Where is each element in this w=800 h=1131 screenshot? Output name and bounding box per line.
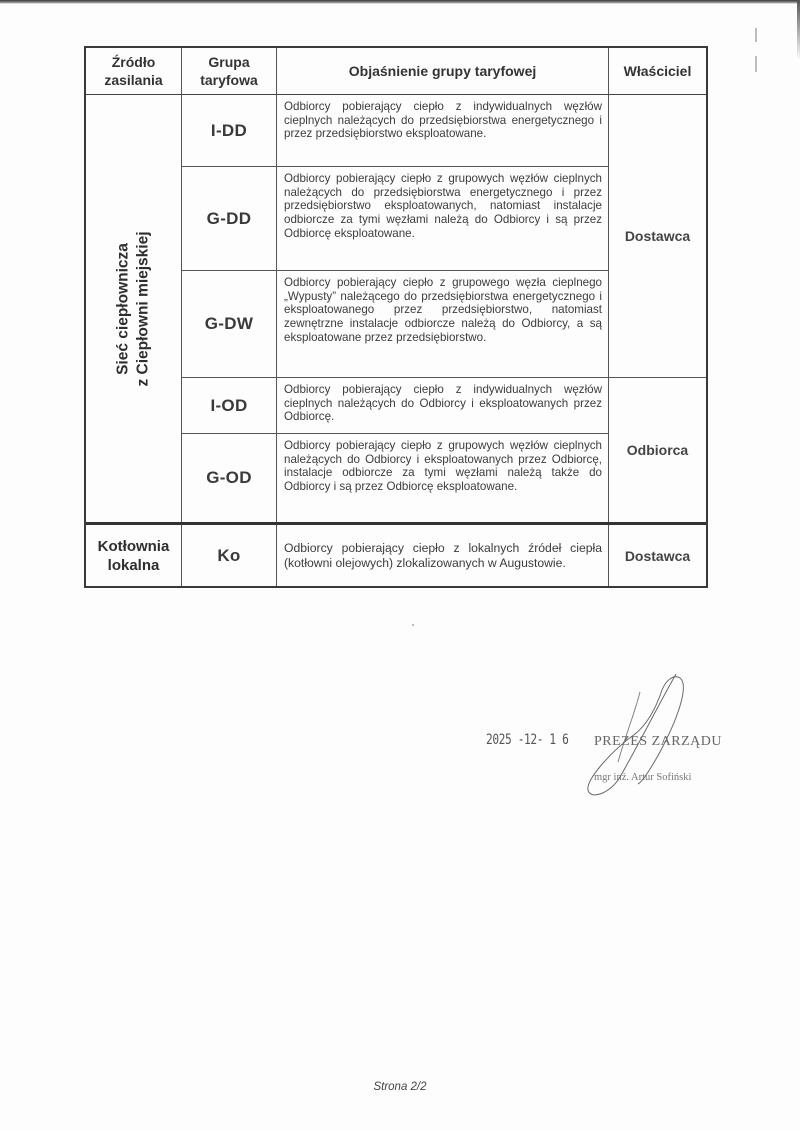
header-group-line1: Grupa xyxy=(208,53,249,71)
source-cell-district-heating: Sieć ciepłownicza z Ciepłowni miejskiej xyxy=(86,95,182,523)
group-description: Odbiorcy pobierający ciepło z indywidual… xyxy=(277,95,608,166)
description-text: Odbiorcy pobierający ciepło z grupowego … xyxy=(284,276,602,345)
group-description: Odbiorcy pobierający ciepło z grupowych … xyxy=(277,167,608,270)
group-code: G-DD xyxy=(182,167,276,270)
group-code: Ko xyxy=(182,525,276,586)
group-description: Odbiorcy pobierający ciepło z lokalnych … xyxy=(277,525,608,586)
source-line2: z Ciepłowni miejskiej xyxy=(134,231,154,386)
source-cell-local-boiler: Kotłownia lokalna xyxy=(86,525,181,586)
signature-date: 2025 -12- 1 6 xyxy=(486,732,568,748)
handwritten-signature-icon xyxy=(580,672,710,802)
group-code: G-OD xyxy=(182,434,276,522)
group-code: I-DD xyxy=(182,95,276,166)
source-line1: Kotłownia xyxy=(98,537,170,556)
description-text: Odbiorcy pobierający ciepło z indywidual… xyxy=(284,383,602,424)
description-text: Odbiorcy pobierający ciepło z indywidual… xyxy=(284,100,602,141)
source-line2: lokalna xyxy=(108,556,160,575)
owner-cell: Odbiorca xyxy=(609,378,706,522)
tariff-groups-table: Źródło zasilania Grupa taryfowa Objaśnie… xyxy=(84,46,708,588)
margin-mark xyxy=(755,28,757,42)
owner-cell: Dostawca xyxy=(609,95,706,377)
scan-speck xyxy=(412,624,414,626)
description-text: Odbiorcy pobierający ciepło z grupowych … xyxy=(284,172,602,241)
scan-edge-top xyxy=(0,0,800,4)
group-code: G-DW xyxy=(182,271,276,377)
group-code: I-OD xyxy=(182,378,276,433)
header-group: Grupa taryfowa xyxy=(182,48,276,94)
group-description: Odbiorcy pobierający ciepło z grupowego … xyxy=(277,271,608,377)
header-source-line2: zasilania xyxy=(104,71,162,89)
description-text: Odbiorcy pobierający ciepło z lokalnych … xyxy=(284,541,602,571)
owner-cell: Dostawca xyxy=(609,525,706,586)
margin-mark xyxy=(755,56,757,72)
page-number: Strona 2/2 xyxy=(0,1081,800,1093)
header-source: Źródło zasilania xyxy=(86,48,181,94)
header-source-line1: Źródło xyxy=(112,53,156,71)
header-group-line2: taryfowa xyxy=(200,71,258,89)
header-owner: Właściciel xyxy=(609,48,706,94)
group-description: Odbiorcy pobierający ciepło z grupowych … xyxy=(277,434,608,522)
source-line1: Sieć ciepłownicza xyxy=(114,231,134,386)
header-explanation: Objaśnienie grupy taryfowej xyxy=(277,48,608,94)
description-text: Odbiorcy pobierający ciepło z grupowych … xyxy=(284,439,602,494)
group-description: Odbiorcy pobierający ciepło z indywidual… xyxy=(277,378,608,433)
